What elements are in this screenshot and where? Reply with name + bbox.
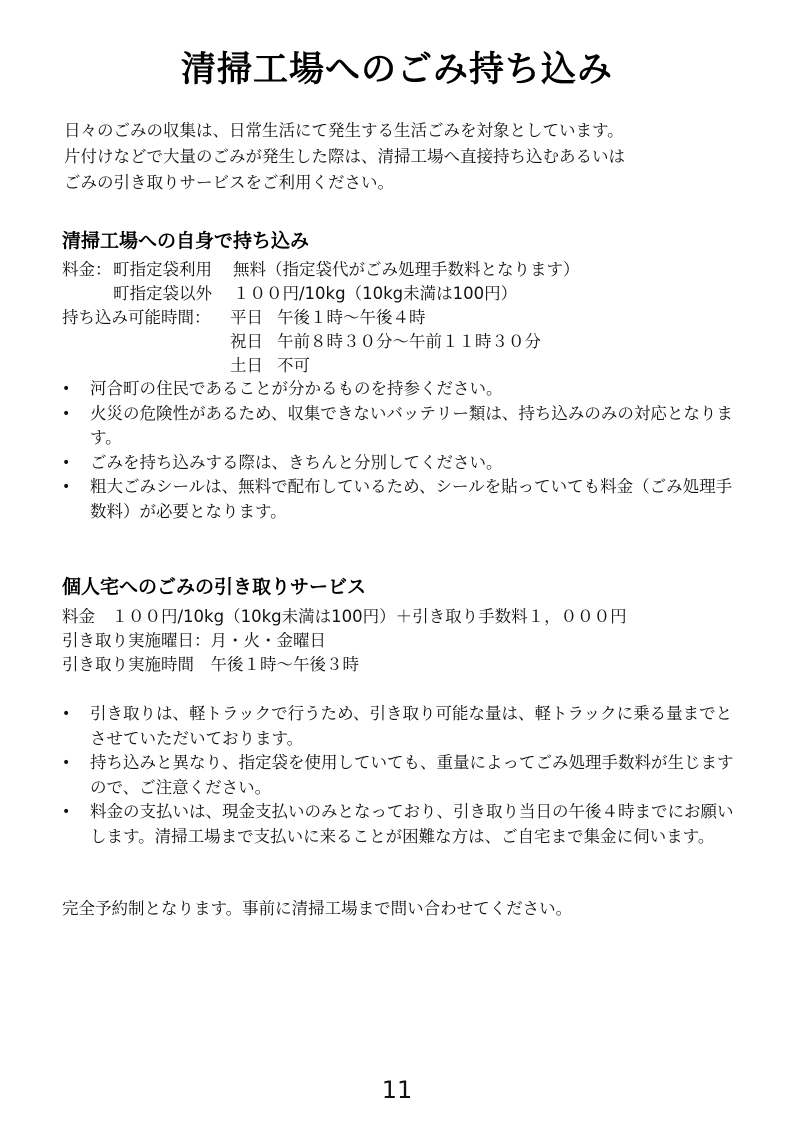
intro-line: 日々のごみの収集は、日常生活にて発生する生活ごみを対象としています。	[64, 118, 625, 144]
fee-item: 町指定袋以外	[113, 282, 212, 306]
pickup-notes: •引き取りは、軽トラックで行うため、引き取り可能な量は、軽トラックに乗る量までと…	[60, 702, 740, 849]
list-item: •火災の危険性があるため、収集できないバッテリー類は、持ち込みのみの対応となりま…	[60, 402, 740, 451]
hours-day: 祝日	[230, 330, 263, 354]
fee-value: １００円/10kg（10kg未満は100円）	[233, 282, 517, 306]
self-delivery-notes: •河合町の住民であることが分かるものを持参ください。 •火災の危険性があるため、…	[60, 377, 740, 524]
section-heading-self-delivery: 清掃工場への自身で持ち込み	[62, 226, 309, 253]
hours-time: 不可	[277, 354, 310, 378]
list-item: •引き取りは、軽トラックで行うため、引き取り可能な量は、軽トラックに乗る量までと…	[60, 702, 740, 751]
list-item: •持ち込みと異なり、指定袋を使用していても、重量によってごみ処理手数料が生じます…	[60, 751, 740, 800]
list-item: •粗大ごみシールは、無料で配布しているため、シールを貼っていても料金（ごみ処理手…	[60, 475, 740, 524]
list-item: •料金の支払いは、現金支払いのみとなっており、引き取り当日の午後４時までにお願い…	[60, 800, 740, 849]
hours-time: 午前８時３０分～午前１１時３０分	[277, 330, 541, 354]
pickup-fee: 料金 １００円/10kg（10kg未満は100円）＋引き取り手数料１，０００円	[62, 605, 627, 629]
list-item: •河合町の住民であることが分かるものを持参ください。	[60, 377, 740, 402]
intro-line: ごみの引き取りサービスをご利用ください。	[64, 170, 625, 196]
bullet-icon: •	[62, 451, 70, 476]
fee-label: 料金：	[62, 258, 112, 282]
bullet-icon: •	[62, 475, 70, 500]
intro-paragraph: 日々のごみの収集は、日常生活にて発生する生活ごみを対象としています。 片付けなど…	[64, 118, 625, 196]
bullet-icon: •	[62, 377, 70, 402]
bullet-icon: •	[62, 702, 70, 727]
hours-day: 平日	[230, 306, 263, 330]
hours-day: 土日	[230, 354, 263, 378]
bullet-icon: •	[62, 402, 70, 427]
list-item: •ごみを持ち込みする際は、きちんと分別してください。	[60, 451, 740, 476]
page-title: 清掃工場へのごみ持ち込み	[0, 42, 794, 92]
bullet-icon: •	[62, 751, 70, 776]
hours-label: 持ち込み可能時間：	[62, 306, 211, 330]
fee-value: 無料（指定袋代がごみ処理手数料となります）	[233, 258, 580, 282]
page-number: 11	[0, 1076, 794, 1104]
section-heading-pickup-service: 個人宅へのごみの引き取りサービス	[62, 572, 366, 599]
intro-line: 片付けなどで大量のごみが発生した際は、清掃工場へ直接持ち込むあるいは	[64, 144, 625, 170]
hours-time: 午後１時～午後４時	[277, 306, 426, 330]
bullet-icon: •	[62, 800, 70, 825]
pickup-time: 引き取り実施時間 午後１時～午後３時	[62, 653, 359, 677]
pickup-days: 引き取り実施曜日：月・火・金曜日	[62, 629, 326, 653]
reservation-note: 完全予約制となります。事前に清掃工場まで問い合わせてください。	[62, 897, 572, 921]
fee-item: 町指定袋利用	[113, 258, 212, 282]
